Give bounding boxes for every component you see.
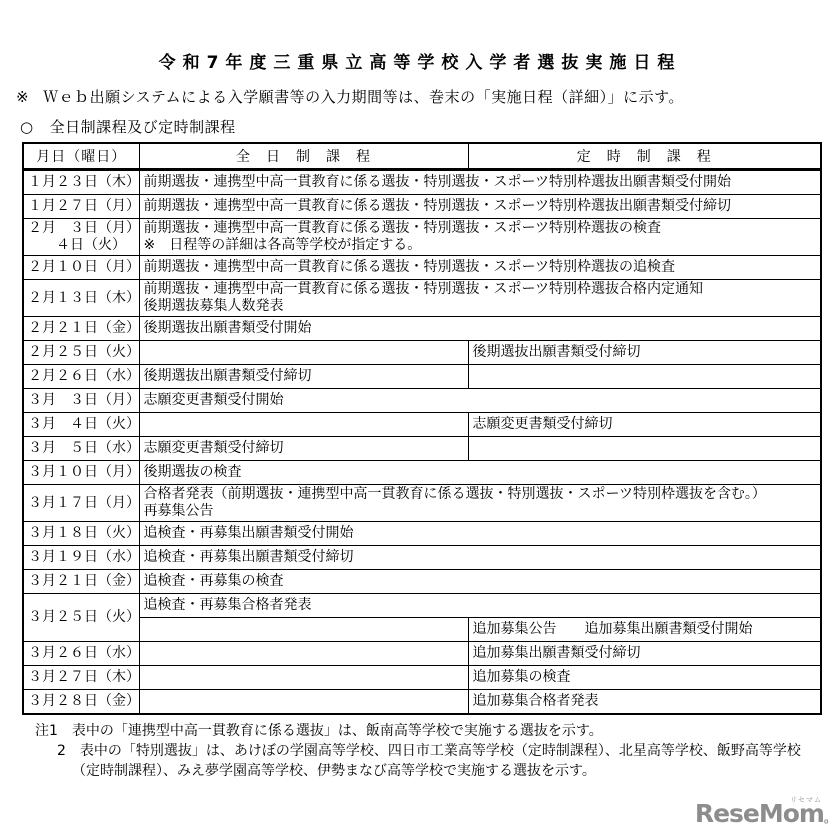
date-cell: ３月２６日（水）	[23, 642, 139, 666]
event-text-line: 前期選抜・連携型中高一貫教育に係る選抜・特別選抜・スポーツ特別枠選抜の検査	[144, 220, 817, 237]
table-header-row: 月日（曜日） 全 日 制 課 程 定 時 制 課 程	[23, 143, 821, 170]
event-text-line: ３月 ５日（水）	[28, 440, 135, 457]
event-cell-parttime: 志願変更書類受付締切	[468, 413, 821, 437]
date-cell: ３月１９日（水）	[23, 546, 139, 570]
event-cell-parttime: 後期選抜出願書類受付締切	[468, 341, 821, 365]
event-cell-span: 前期選抜・連携型中高一貫教育に係る選抜・特別選抜・スポーツ特別枠選抜合格内定通知…	[139, 280, 821, 317]
event-cell-span: 追検査・再募集合格者発表	[139, 594, 821, 618]
date-cell: １月２７日（月）	[23, 195, 139, 219]
event-cell-span: 合格者発表（前期選抜・連携型中高一貫教育に係る選抜・特別選抜・スポーツ特別枠選抜…	[139, 485, 821, 522]
event-text-line: 前期選抜・連携型中高一貫教育に係る選抜・特別選抜・スポーツ特別枠選抜合格内定通知	[144, 281, 817, 298]
date-cell: ３月２５日（火）	[23, 594, 139, 642]
event-cell-parttime: 追加募集公告 追加募集出願書類受付開始	[468, 618, 821, 642]
event-text-line: 前期選抜・連携型中高一貫教育に係る選抜・特別選抜・スポーツ特別枠選抜出願書類受付…	[144, 198, 817, 215]
table-row: ２月２５日（火）後期選抜出願書類受付締切	[23, 341, 821, 365]
footnote-2: 2 表中の「特別選抜」は、あけぼの学園高等学校、四日市工業高等学校（定時制課程）…	[35, 741, 815, 781]
event-text-line: ３月 ３日（月）	[28, 392, 135, 409]
resemom-logo: リセマムReseMom。	[695, 799, 836, 828]
event-text-line: １月２３日（木）	[28, 174, 135, 191]
event-cell-parttime: 追加募集出願書類受付締切	[468, 642, 821, 666]
date-cell: ２月２６日（水）	[23, 365, 139, 389]
resemom-logo-dot: 。	[824, 811, 836, 825]
event-text-line: 後期選抜の検査	[144, 464, 817, 481]
table-row: ３月２５日（火）追検査・再募集合格者発表	[23, 594, 821, 618]
event-cell-parttime: 追加募集合格者発表	[468, 690, 821, 715]
web-application-note: ※Ｗｅｂ出願システムによる入学願書等の入力期間等は、巻末の「実施日程（詳細）」に…	[16, 86, 840, 107]
table-row: １月２７日（月）前期選抜・連携型中高一貫教育に係る選抜・特別選抜・スポーツ特別枠…	[23, 195, 821, 219]
table-row: ３月１７日（月）合格者発表（前期選抜・連携型中高一貫教育に係る選抜・特別選抜・ス…	[23, 485, 821, 522]
event-text-line: ２月１３日（木）	[28, 290, 135, 307]
event-text-line: ２月２６日（水）	[28, 368, 135, 385]
event-cell-fulltime	[139, 341, 468, 365]
event-text-line: 前期選抜・連携型中高一貫教育に係る選抜・特別選抜・スポーツ特別枠選抜出願書類受付…	[144, 174, 817, 191]
event-text-line: ３月２１日（金）	[28, 573, 135, 590]
event-text-line: 追加募集出願書類受付締切	[473, 645, 817, 662]
event-text-line: ２月１０日（月）	[28, 259, 135, 276]
event-text-line: 追検査・再募集出願書類受付締切	[144, 549, 817, 566]
table-row: １月２３日（木）前期選抜・連携型中高一貫教育に係る選抜・特別選抜・スポーツ特別枠…	[23, 170, 821, 195]
date-cell: ３月 ４日（火）	[23, 413, 139, 437]
table-row: ３月 ３日（月）志願変更書類受付開始	[23, 389, 821, 413]
section-heading-text: 全日制課程及び定時制課程	[50, 118, 236, 136]
event-text-line: ３月１７日（月）	[28, 495, 135, 512]
table-row: ３月１９日（水）追検査・再募集出願書類受付締切	[23, 546, 821, 570]
event-text-line: ２月２５日（火）	[28, 344, 135, 361]
event-text-line: 追検査・再募集出願書類受付開始	[144, 525, 817, 542]
date-cell: ２月２１日（金）	[23, 317, 139, 341]
date-cell: ２月 ３日（月） ４日（火）	[23, 219, 139, 256]
table-row: ３月２７日（木）追加募集の検査	[23, 666, 821, 690]
page-title: 令和7年度三重県立高等学校入学者選抜実施日程	[0, 0, 840, 73]
event-cell-span: 前期選抜・連携型中高一貫教育に係る選抜・特別選抜・スポーツ特別枠選抜の検査※ 日…	[139, 219, 821, 256]
event-text-line: 志願変更書類受付開始	[144, 392, 817, 409]
event-cell-span: 後期選抜の検査	[139, 461, 821, 485]
event-text-line: ３月２７日（木）	[28, 669, 135, 686]
table-row: ３月 ５日（水）志願変更書類受付締切	[23, 437, 821, 461]
event-cell-span: 追検査・再募集出願書類受付締切	[139, 546, 821, 570]
event-cell-fulltime	[139, 666, 468, 690]
event-text-line: ３月２５日（火）	[28, 609, 135, 626]
date-cell: ３月２８日（金）	[23, 690, 139, 715]
event-text-line: 後期選抜出願書類受付締切	[144, 368, 464, 385]
event-text-line: ３月２８日（金）	[28, 693, 135, 710]
event-text-line: 志願変更書類受付締切	[144, 440, 464, 457]
event-cell-fulltime	[139, 690, 468, 715]
table-row: ２月１０日（月）前期選抜・連携型中高一貫教育に係る選抜・特別選抜・スポーツ特別枠…	[23, 256, 821, 280]
event-cell-span: 後期選抜出願書類受付開始	[139, 317, 821, 341]
footnotes: 注1 表中の「連携型中高一貫教育に係る選抜」は、飯南高等学校で実施する選抜を示す…	[35, 721, 815, 781]
footnote-1: 注1 表中の「連携型中高一貫教育に係る選抜」は、飯南高等学校で実施する選抜を示す…	[35, 721, 815, 741]
date-cell: ３月１０日（月）	[23, 461, 139, 485]
header-parttime: 定 時 制 課 程	[468, 143, 821, 170]
date-cell: ３月 ５日（水）	[23, 437, 139, 461]
event-text-line: 後期選抜出願書類受付締切	[473, 344, 817, 361]
event-cell-parttime	[468, 365, 821, 389]
table-subrow: 追加募集公告 追加募集出願書類受付開始	[23, 618, 821, 642]
event-cell-fulltime	[139, 642, 468, 666]
event-cell-fulltime	[139, 413, 468, 437]
date-cell: ３月２１日（金）	[23, 570, 139, 594]
table-row: ３月２８日（金）追加募集合格者発表	[23, 690, 821, 715]
event-text-line: ４日（火）	[28, 237, 135, 254]
table-row: ２月１３日（木）前期選抜・連携型中高一貫教育に係る選抜・特別選抜・スポーツ特別枠…	[23, 280, 821, 317]
table-row: ３月１０日（月）後期選抜の検査	[23, 461, 821, 485]
document-page: 令和7年度三重県立高等学校入学者選抜実施日程 ※Ｗｅｂ出願システムによる入学願書…	[0, 0, 840, 840]
event-cell-span: 追検査・再募集出願書類受付開始	[139, 522, 821, 546]
event-text-line: 後期選抜出願書類受付開始	[144, 320, 817, 337]
event-cell-span: 前期選抜・連携型中高一貫教育に係る選抜・特別選抜・スポーツ特別枠選抜出願書類受付…	[139, 195, 821, 219]
table-row: ２月２６日（水）後期選抜出願書類受付締切	[23, 365, 821, 389]
event-cell-span: 追検査・再募集の検査	[139, 570, 821, 594]
section-heading: ○全日制課程及び定時制課程	[20, 116, 840, 137]
table-row: ３月２６日（水）追加募集出願書類受付締切	[23, 642, 821, 666]
header-fulltime: 全 日 制 課 程	[139, 143, 468, 170]
table-row: ３月２１日（金）追検査・再募集の検査	[23, 570, 821, 594]
event-cell-fulltime	[139, 618, 468, 642]
resemom-logo-ruby: リセマム	[790, 795, 822, 805]
event-text-line: 追加募集公告 追加募集出願書類受付開始	[473, 621, 817, 638]
event-text-line: ３月１０日（月）	[28, 464, 135, 481]
date-cell: ３月１７日（月）	[23, 485, 139, 522]
date-cell: ３月２７日（木）	[23, 666, 139, 690]
event-text-line: ２月２１日（金）	[28, 320, 135, 337]
event-cell-span: 志願変更書類受付開始	[139, 389, 821, 413]
event-cell-fulltime: 志願変更書類受付締切	[139, 437, 468, 461]
event-text-line: 志願変更書類受付締切	[473, 416, 817, 433]
event-text-line: 追検査・再募集の検査	[144, 573, 817, 590]
event-text-line: 前期選抜・連携型中高一貫教育に係る選抜・特別選抜・スポーツ特別枠選抜の追検査	[144, 259, 817, 276]
event-cell-fulltime: 後期選抜出願書類受付締切	[139, 365, 468, 389]
date-cell: ２月２５日（火）	[23, 341, 139, 365]
event-text-line: 再募集公告	[144, 503, 817, 520]
event-cell-parttime	[468, 437, 821, 461]
table-row: ２月 ３日（月） ４日（火）前期選抜・連携型中高一貫教育に係る選抜・特別選抜・ス…	[23, 219, 821, 256]
asterisk-marker-icon: ※	[16, 88, 29, 106]
date-cell: ２月１３日（木）	[23, 280, 139, 317]
table-row: ３月 ４日（火）志願変更書類受付締切	[23, 413, 821, 437]
event-text-line: ３月１９日（水）	[28, 549, 135, 566]
event-text-line: 追加募集合格者発表	[473, 693, 817, 710]
event-cell-span: 前期選抜・連携型中高一貫教育に係る選抜・特別選抜・スポーツ特別枠選抜出願書類受付…	[139, 170, 821, 195]
event-text-line: 後期選抜募集人数発表	[144, 298, 817, 315]
event-cell-parttime: 追加募集の検査	[468, 666, 821, 690]
date-cell: ３月 ３日（月）	[23, 389, 139, 413]
event-text-line: 追加募集の検査	[473, 669, 817, 686]
event-text-line: 追検査・再募集合格者発表	[144, 597, 817, 614]
table-row: ３月１８日（火）追検査・再募集出願書類受付開始	[23, 522, 821, 546]
circle-marker-icon: ○	[20, 118, 34, 136]
schedule-table: 月日（曜日） 全 日 制 課 程 定 時 制 課 程 １月２３日（木）前期選抜・…	[22, 142, 822, 715]
event-text-line: 合格者発表（前期選抜・連携型中高一貫教育に係る選抜・特別選抜・スポーツ特別枠選抜…	[144, 486, 817, 503]
event-text-line: １月２７日（月）	[28, 198, 135, 215]
web-note-text: Ｗｅｂ出願システムによる入学願書等の入力期間等は、巻末の「実施日程（詳細）」に示…	[43, 88, 684, 106]
event-text-line: ３月１８日（火）	[28, 525, 135, 542]
event-text-line: ２月 ３日（月）	[28, 220, 135, 237]
date-cell: ３月１８日（火）	[23, 522, 139, 546]
table-row: ２月２１日（金）後期選抜出願書類受付開始	[23, 317, 821, 341]
event-text-line: ※ 日程等の詳細は各高等学校が指定する。	[144, 237, 817, 254]
date-cell: ２月１０日（月）	[23, 256, 139, 280]
header-date: 月日（曜日）	[23, 143, 139, 170]
event-cell-span: 前期選抜・連携型中高一貫教育に係る選抜・特別選抜・スポーツ特別枠選抜の追検査	[139, 256, 821, 280]
date-cell: １月２３日（木）	[23, 170, 139, 195]
event-text-line: ３月 ４日（火）	[28, 416, 135, 433]
event-text-line: ３月２６日（水）	[28, 645, 135, 662]
